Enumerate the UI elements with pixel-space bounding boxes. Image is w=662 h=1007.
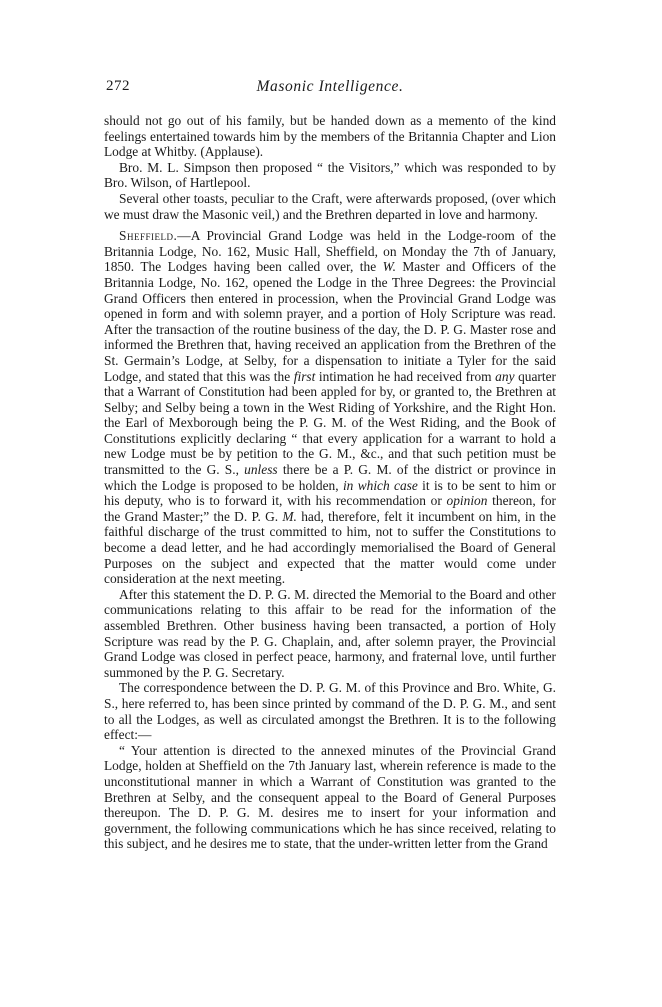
paragraph-sheffield: Sheffield.—A Provincial Grand Lodge was … [104,228,556,587]
paragraph-1: should not go out of his family, but be … [104,113,556,160]
running-title: Masonic Intelligence. [104,78,556,96]
body-text: should not go out of his family, but be … [104,113,556,852]
running-head: 272 Masonic Intelligence. [104,78,556,100]
paragraph-6: The correspondence between the D. P. G. … [104,680,556,742]
paragraph-2: Bro. M. L. Simpson then proposed “ the V… [104,160,556,191]
paragraph-5: After this statement the D. P. G. M. dir… [104,587,556,681]
paragraph-3: Several other toasts, peculiar to the Cr… [104,191,556,222]
paragraph-7-quote: “ Your attention is directed to the anne… [104,743,556,852]
section-lead-sheffield: Sheffield. [119,228,177,243]
book-page: 272 Masonic Intelligence. should not go … [104,78,556,852]
